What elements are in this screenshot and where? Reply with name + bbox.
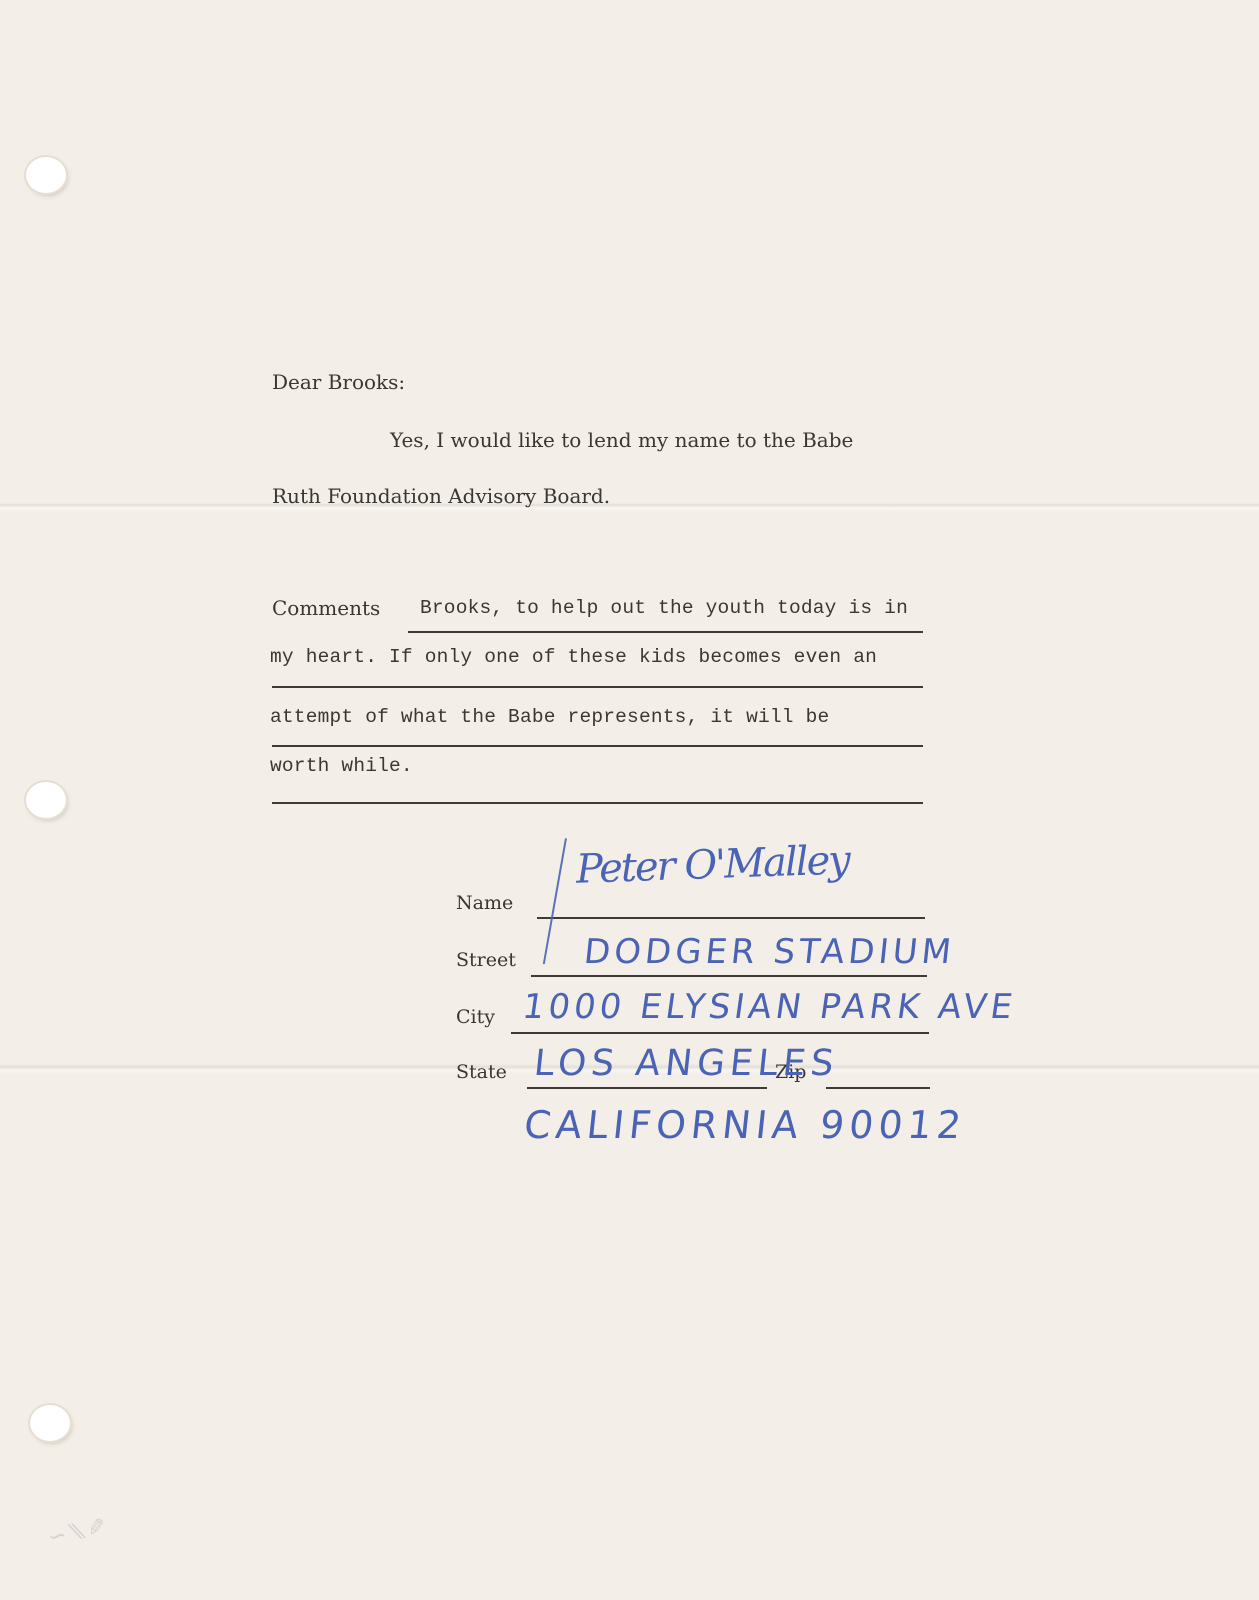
comment-line-2: my heart. If only one of these kids beco…	[270, 646, 877, 668]
street-value: DODGER STADIUM	[582, 932, 957, 972]
street-field-rule	[531, 975, 927, 977]
punch-hole-bottom	[30, 1405, 70, 1441]
street-label: Street	[456, 949, 516, 971]
body-line-1: Yes, I would like to lend my name to the…	[390, 428, 853, 452]
punch-hole-middle	[26, 782, 66, 818]
comment-rule-3	[272, 745, 923, 747]
state-field-rule	[527, 1087, 767, 1089]
comments-label: Comments	[272, 596, 380, 620]
city-field-rule	[511, 1032, 929, 1034]
comment-rule-4	[272, 802, 923, 804]
comment-line-1: Brooks, to help out the youth today is i…	[420, 597, 908, 619]
name-field-rule	[537, 917, 925, 919]
city-value: 1000 ELYSIAN PARK AVE	[520, 987, 1019, 1027]
city-label: City	[456, 1006, 495, 1028]
body-line-2: Ruth Foundation Advisory Board.	[272, 484, 610, 508]
comment-rule-2	[272, 686, 923, 688]
handwritten-state-zip: CALIFORNIA 90012	[522, 1103, 968, 1147]
state-label: State	[456, 1061, 507, 1083]
greeting: Dear Brooks:	[272, 370, 405, 394]
signature: Peter O'Malley	[575, 837, 849, 892]
comment-line-4: worth while.	[270, 755, 413, 777]
signature-stroke	[543, 838, 567, 964]
zip-field-rule	[826, 1087, 930, 1089]
letter-page: Dear Brooks: Yes, I would like to lend m…	[0, 0, 1259, 1600]
pencil-margin-note: ✎ ⁄⁄ ∼	[46, 1512, 109, 1553]
state-value: LOS ANGELES	[532, 1043, 841, 1084]
comment-line-3: attempt of what the Babe represents, it …	[270, 706, 829, 728]
comment-rule-1	[408, 631, 923, 633]
punch-hole-top	[26, 157, 66, 193]
name-label: Name	[456, 892, 513, 914]
